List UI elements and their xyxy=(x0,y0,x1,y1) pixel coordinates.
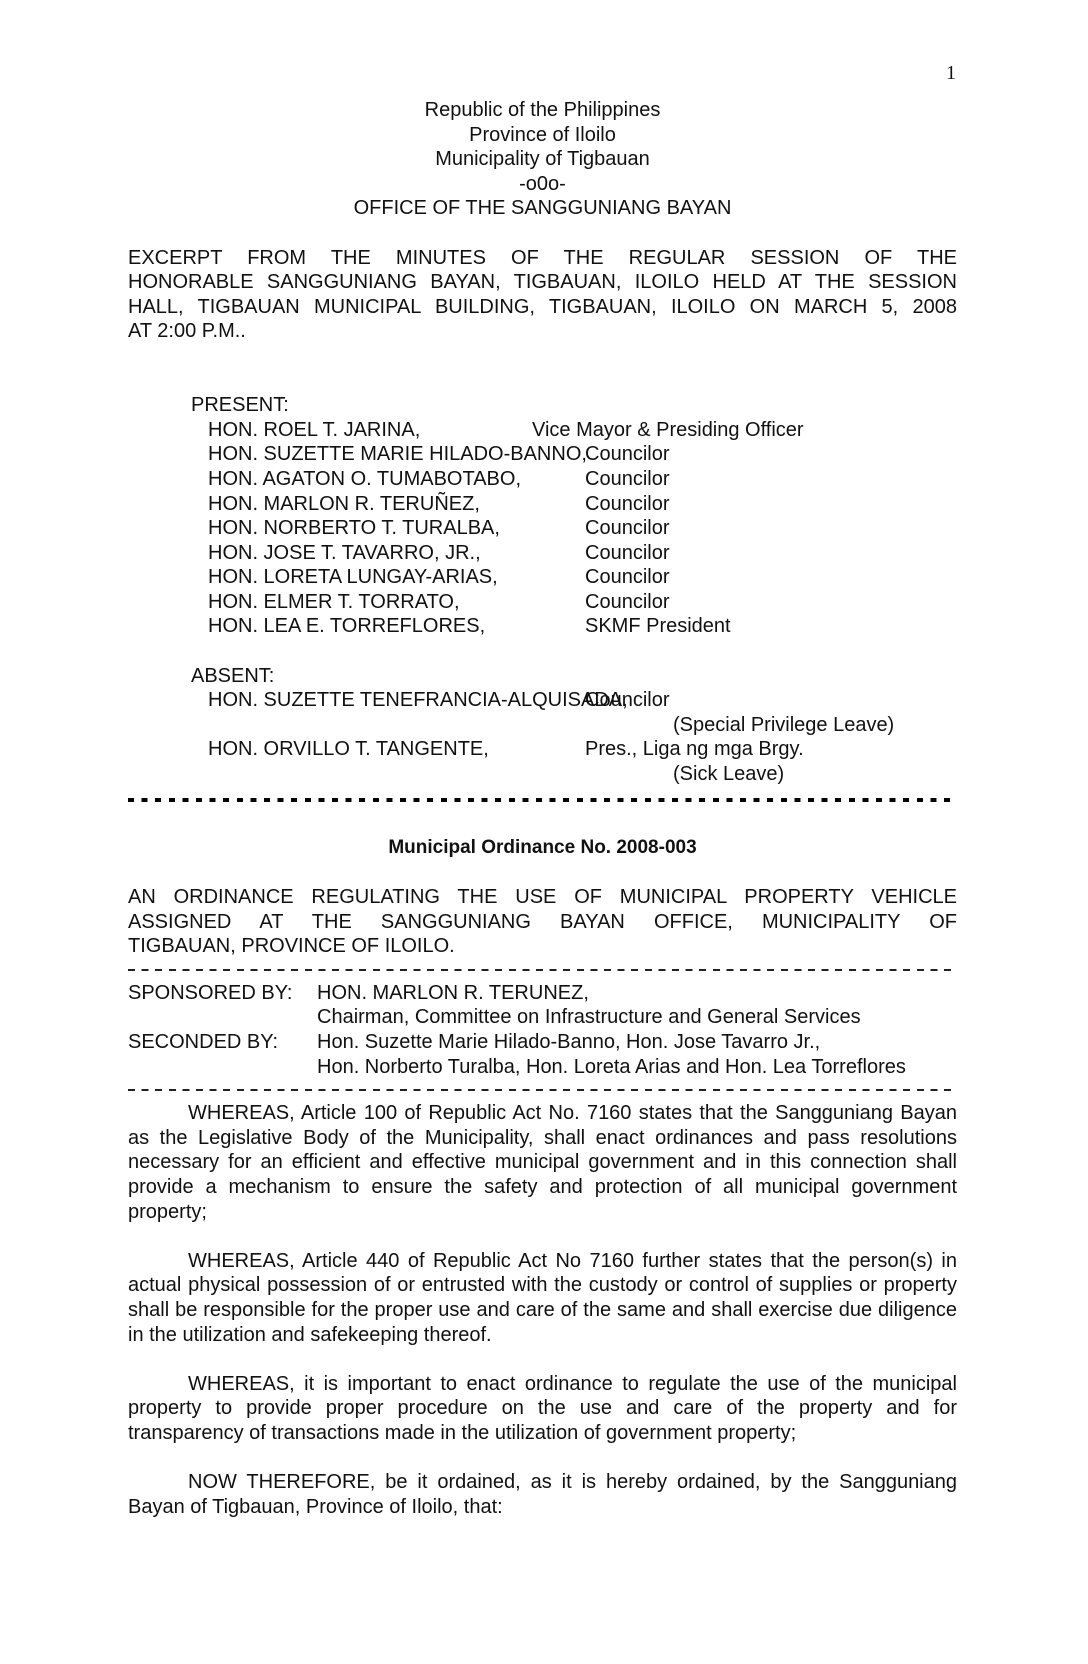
attendee-role: Councilor xyxy=(585,467,669,492)
letterhead-office: OFFICE OF THE SANGGUNIANG BAYAN xyxy=(128,196,957,221)
absent-label: ABSENT: xyxy=(128,664,957,689)
ordinance-title-line: AN ORDINANCE REGULATING THE USE OF MUNIC… xyxy=(128,885,957,910)
sponsored-row: SPONSORED BY: HON. MARLON R. TERUNEZ, xyxy=(128,981,957,1006)
attendee-name: HON. NORBERTO T. TURALBA, xyxy=(128,516,585,541)
paragraph-text: WHEREAS, it is important to enact ordina… xyxy=(128,1373,957,1444)
attendance-absent: ABSENT: HON. SUZETTE TENEFRANCIA-ALQUISA… xyxy=(128,664,957,787)
sponsored-title: Chairman, Committee on Infrastructure an… xyxy=(128,1005,957,1030)
seconded-label: SECONDED BY: xyxy=(128,1030,317,1055)
seconded-row: SECONDED BY: Hon. Suzette Marie Hilado-B… xyxy=(128,1030,957,1055)
attendee-row: HON. SUZETTE MARIE HILADO-BANNO, Council… xyxy=(128,442,957,467)
attendee-role: Councilor xyxy=(585,541,669,566)
section-divider xyxy=(128,787,957,812)
attendee-name: HON. LORETA LUNGAY-ARIAS, xyxy=(128,565,585,590)
attendee-role: Councilor xyxy=(585,590,669,615)
sponsored-label: SPONSORED BY: xyxy=(128,981,317,1006)
present-label: PRESENT: xyxy=(128,393,957,418)
letterhead-municipality: Municipality of Tigbauan xyxy=(128,147,957,172)
attendee-name: HON. ELMER T. TORRATO, xyxy=(128,590,585,615)
sponsored-name: HON. MARLON R. TERUNEZ, xyxy=(317,981,589,1006)
whereas-paragraph-2: WHEREAS, Article 440 of Republic Act No … xyxy=(128,1249,957,1347)
absentee-note: (Special Privilege Leave) xyxy=(128,713,957,738)
attendee-name: HON. LEA E. TORREFLORES, xyxy=(128,614,585,639)
seconded-names-1: Hon. Suzette Marie Hilado-Banno, Hon. Jo… xyxy=(317,1030,820,1055)
attendee-row: HON. MARLON R. TERUÑEZ, Councilor xyxy=(128,492,957,517)
ordinance-number: Municipal Ordinance No. 2008-003 xyxy=(128,836,957,861)
ordinance-title-line: TIGBAUAN, PROVINCE OF ILOILO. xyxy=(128,934,957,959)
whereas-paragraph-3: WHEREAS, it is important to enact ordina… xyxy=(128,1372,957,1446)
divider xyxy=(128,959,957,981)
absentee-row: HON. SUZETTE TENEFRANCIA-ALQUISADA, Coun… xyxy=(128,688,957,713)
attendee-row: HON. LORETA LUNGAY-ARIAS, Councilor xyxy=(128,565,957,590)
divider xyxy=(128,1079,957,1101)
page-number: 1 xyxy=(946,62,956,85)
attendee-role: SKMF President xyxy=(585,614,731,639)
attendee-row: HON. ELMER T. TORRATO, Councilor xyxy=(128,590,957,615)
letterhead: Republic of the Philippines Province of … xyxy=(128,98,957,221)
attendee-role: Councilor xyxy=(585,565,669,590)
excerpt-line: HONORABLE SANGGUNIANG BAYAN, TIGBAUAN, I… xyxy=(128,270,957,295)
excerpt-line: AT 2:00 P.M.. xyxy=(128,319,957,344)
excerpt-line: EXCERPT FROM THE MINUTES OF THE REGULAR … xyxy=(128,246,957,271)
attendee-role: Vice Mayor & Presiding Officer xyxy=(532,418,804,443)
paragraph-text: WHEREAS, Article 440 of Republic Act No … xyxy=(128,1250,957,1346)
absentee-row: HON. ORVILLO T. TANGENTE, Pres., Liga ng… xyxy=(128,737,957,762)
attendee-name: HON. SUZETTE MARIE HILADO-BANNO, xyxy=(128,442,585,467)
sponsorship: SPONSORED BY: HON. MARLON R. TERUNEZ, Ch… xyxy=(128,981,957,1079)
excerpt-line: HALL, TIGBAUAN MUNICIPAL BUILDING, TIGBA… xyxy=(128,295,957,320)
document-body: Republic of the Philippines Province of … xyxy=(128,98,957,1519)
whereas-paragraph-1: WHEREAS, Article 100 of Republic Act No.… xyxy=(128,1101,957,1224)
attendee-role: Councilor xyxy=(585,442,669,467)
ordinance-title: AN ORDINANCE REGULATING THE USE OF MUNIC… xyxy=(128,885,957,959)
absentee-role: Councilor xyxy=(585,688,669,713)
letterhead-province: Province of Iloilo xyxy=(128,123,957,148)
attendee-name: HON. ROEL T. JARINA, xyxy=(128,418,585,443)
attendee-role: Councilor xyxy=(585,516,669,541)
absentee-role: Pres., Liga ng mga Brgy. xyxy=(585,737,804,762)
attendance-present: PRESENT: HON. ROEL T. JARINA, Vice Mayor… xyxy=(128,393,957,639)
attendee-name: HON. AGATON O. TUMABOTABO, xyxy=(128,467,585,492)
absentee-name: HON. ORVILLO T. TANGENTE, xyxy=(128,737,585,762)
seconded-names-2: Hon. Norberto Turalba, Hon. Loreta Arias… xyxy=(128,1055,957,1080)
now-therefore-paragraph: NOW THEREFORE, be it ordained, as it is … xyxy=(128,1470,957,1519)
paragraph-text: NOW THEREFORE, be it ordained, as it is … xyxy=(128,1471,957,1518)
session-excerpt: EXCERPT FROM THE MINUTES OF THE REGULAR … xyxy=(128,246,957,344)
absentee-note: (Sick Leave) xyxy=(128,762,957,787)
absentee-name: HON. SUZETTE TENEFRANCIA-ALQUISADA, xyxy=(128,688,585,713)
paragraph-text: WHEREAS, Article 100 of Republic Act No.… xyxy=(128,1102,957,1222)
attendee-row: HON. NORBERTO T. TURALBA, Councilor xyxy=(128,516,957,541)
attendee-name: HON. JOSE T. TAVARRO, JR., xyxy=(128,541,585,566)
attendee-row: HON. ROEL T. JARINA, Vice Mayor & Presid… xyxy=(128,418,957,443)
attendee-name: HON. MARLON R. TERUÑEZ, xyxy=(128,492,585,517)
ordinance-title-line: ASSIGNED AT THE SANGGUNIANG BAYAN OFFICE… xyxy=(128,910,957,935)
attendee-row: HON. AGATON O. TUMABOTABO, Councilor xyxy=(128,467,957,492)
attendee-row: HON. JOSE T. TAVARRO, JR., Councilor xyxy=(128,541,957,566)
letterhead-ornament: -o0o- xyxy=(128,172,957,197)
letterhead-republic: Republic of the Philippines xyxy=(128,98,957,123)
document-page: 1 Republic of the Philippines Province o… xyxy=(0,0,1088,1664)
attendee-role: Councilor xyxy=(585,492,669,517)
attendee-row: HON. LEA E. TORREFLORES, SKMF President xyxy=(128,614,957,639)
